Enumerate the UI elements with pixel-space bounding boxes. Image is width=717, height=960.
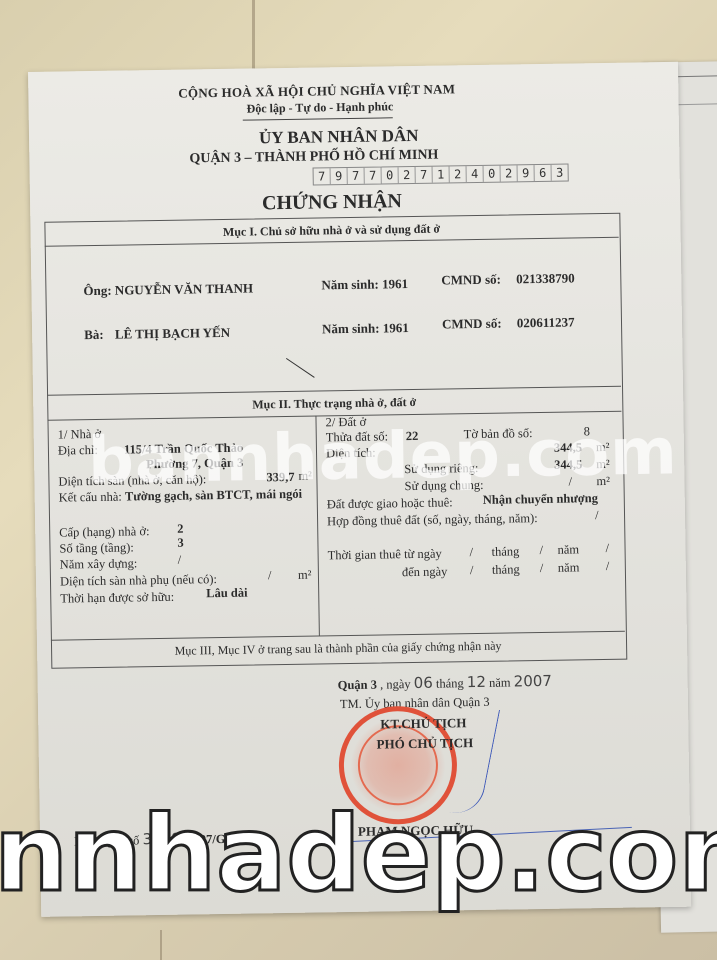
district-heading: QUẬN 3 – THÀNH PHỐ HỒ CHÍ MINH <box>189 148 438 168</box>
lease-to-year: / <box>606 559 610 574</box>
owner1-birth-label: Năm sinh: <box>321 277 379 293</box>
floor-area-label: Diện tích sàn (nhà ở, căn hộ): <box>58 472 206 489</box>
shared-use-label: Sử dụng chung: <box>404 478 483 494</box>
owner1-id-label: CMND số: <box>441 272 501 288</box>
lease-contract-value: / <box>595 508 599 523</box>
serial-digit: 7 <box>416 167 433 183</box>
floors-label: Số tầng (tầng): <box>59 540 134 556</box>
serial-digit: 0 <box>382 167 399 183</box>
address-label: Địa chỉ: <box>58 443 98 459</box>
year-built-label: Năm xây dựng: <box>60 556 138 572</box>
house-label: 1/ Nhà ở <box>58 427 102 443</box>
allocation-value: Nhận chuyển nhượng <box>483 491 598 508</box>
lease-from-year: / <box>605 541 609 556</box>
private-use-label: Sử dụng riêng: <box>404 461 478 477</box>
serial-digit: 9 <box>518 165 535 181</box>
serial-digit: 4 <box>467 166 484 182</box>
serial-digit: 9 <box>331 168 348 184</box>
lease-to-day: / <box>470 563 474 578</box>
plot-label: Thửa đất số: <box>326 429 389 445</box>
owner2-id-label: CMND số: <box>442 316 502 332</box>
authority-heading: ỦY BAN NHÂN DÂN <box>259 126 419 149</box>
lease-from-month-label: tháng <box>491 544 519 559</box>
country-heading: CỘNG HOÀ XÃ HỘI CHỦ NGHĨA VIỆT NAM <box>178 81 455 101</box>
sign-day-label: , ngày <box>380 677 411 691</box>
allocation-label: Đất được giao hoặc thuê: <box>327 495 453 512</box>
aux-area-unit: m² <box>298 568 312 583</box>
serial-digit: 7 <box>348 168 365 184</box>
shared-use-unit: m² <box>596 474 610 489</box>
sign-day: 06 <box>414 674 433 692</box>
lease-from-day: / <box>469 545 473 560</box>
floor-area-value: 339,7 <box>266 470 294 485</box>
owner2-birth-label: Năm sinh: <box>322 321 380 337</box>
plot-value: 22 <box>406 429 419 444</box>
lease-from-label: Thời gian thuê từ ngày <box>328 547 442 564</box>
floor-tile-seam <box>160 930 162 960</box>
aux-area-value: / <box>268 568 272 583</box>
aux-area-label: Diện tích sàn nhà phụ (nếu có): <box>60 572 217 589</box>
land-area-value: 344,5 <box>554 440 582 455</box>
land-label: 2/ Đất ở <box>325 415 366 431</box>
serial-digit: 3 <box>552 165 568 181</box>
sign-place: Quận 3 <box>338 678 377 693</box>
owner1-birth-year: 1961 <box>382 276 408 291</box>
owner2-name: LÊ THỊ BẠCH YẾN <box>115 325 230 342</box>
lease-to-year-label: năm <box>558 560 580 575</box>
owner2-prefix: Bà: <box>84 327 104 342</box>
lease-to-month: / <box>540 561 544 576</box>
serial-digit: 2 <box>450 166 467 182</box>
grade-label: Cấp (hạng) nhà ở: <box>59 524 149 540</box>
serial-digit: 0 <box>484 166 501 182</box>
owner1-name: NGUYỄN VĂN THANH <box>115 280 253 297</box>
owner1-prefix: Ông: <box>83 283 111 298</box>
map-sheet-value: 8 <box>584 424 590 439</box>
lease-to-label: đến ngày <box>402 564 448 580</box>
floor-tile-seam <box>252 0 255 75</box>
structure-label: Kết cấu nhà: <box>59 490 122 505</box>
signer-name: PHẠM NGỌC HỮU <box>358 822 473 840</box>
owner1-id-number: 021338790 <box>516 270 575 286</box>
owner2-birth-year: 1961 <box>383 320 409 335</box>
lease-from-year-label: năm <box>557 542 579 557</box>
sign-year-label: năm <box>489 675 511 689</box>
floor-area-unit: m² <box>298 469 312 484</box>
owner2-id-number: 020611237 <box>517 314 575 330</box>
floors-value: 3 <box>177 536 183 551</box>
record-label: Hồ sơ gốc số <box>74 833 140 848</box>
serial-digit: 7 <box>314 168 331 184</box>
address-line2: Phường 7, Quận 3 <box>146 456 243 473</box>
sign-month-label: tháng <box>436 676 464 690</box>
motto-underline <box>243 117 393 120</box>
term-value: Lâu dài <box>206 586 248 602</box>
private-use-unit: m² <box>596 457 610 472</box>
sign-month: 12 <box>467 673 486 691</box>
map-sheet-label: Tờ bản đồ số: <box>464 426 533 442</box>
serial-number-boxes: 797702712402963 <box>313 164 569 186</box>
record-suffix: /2007/GCN-UB <box>184 831 265 846</box>
sign-year: 2007 <box>514 672 552 691</box>
document-title: CHỨNG NHẬN <box>262 190 402 215</box>
serial-digit: 2 <box>399 167 416 183</box>
grade-value: 2 <box>177 522 183 537</box>
structure-value: Tường gạch, sàn BTCT, mái ngói <box>125 487 302 504</box>
lease-from-month: / <box>539 543 543 558</box>
serial-digit: 7 <box>365 167 382 183</box>
serial-digit: 1 <box>433 166 450 182</box>
motto: Độc lập - Tự do - Hạnh phúc <box>246 99 393 116</box>
land-area-unit: m² <box>596 440 610 455</box>
private-use-value: 344,5 <box>554 457 582 472</box>
serial-digit: 2 <box>501 165 518 181</box>
land-area-label: Diện tích: <box>326 446 376 462</box>
certificate-page: CỘNG HOÀ XÃ HỘI CHỦ NGHĨA VIỆT NAM Độc l… <box>28 62 691 917</box>
lease-to-month-label: tháng <box>492 562 520 577</box>
year-built-value: / <box>178 553 182 568</box>
term-label: Thời hạn được sở hữu: <box>60 590 174 607</box>
shared-use-value: / <box>568 475 572 490</box>
serial-digit: 6 <box>535 165 552 181</box>
record-number: 3048 <box>142 830 180 849</box>
